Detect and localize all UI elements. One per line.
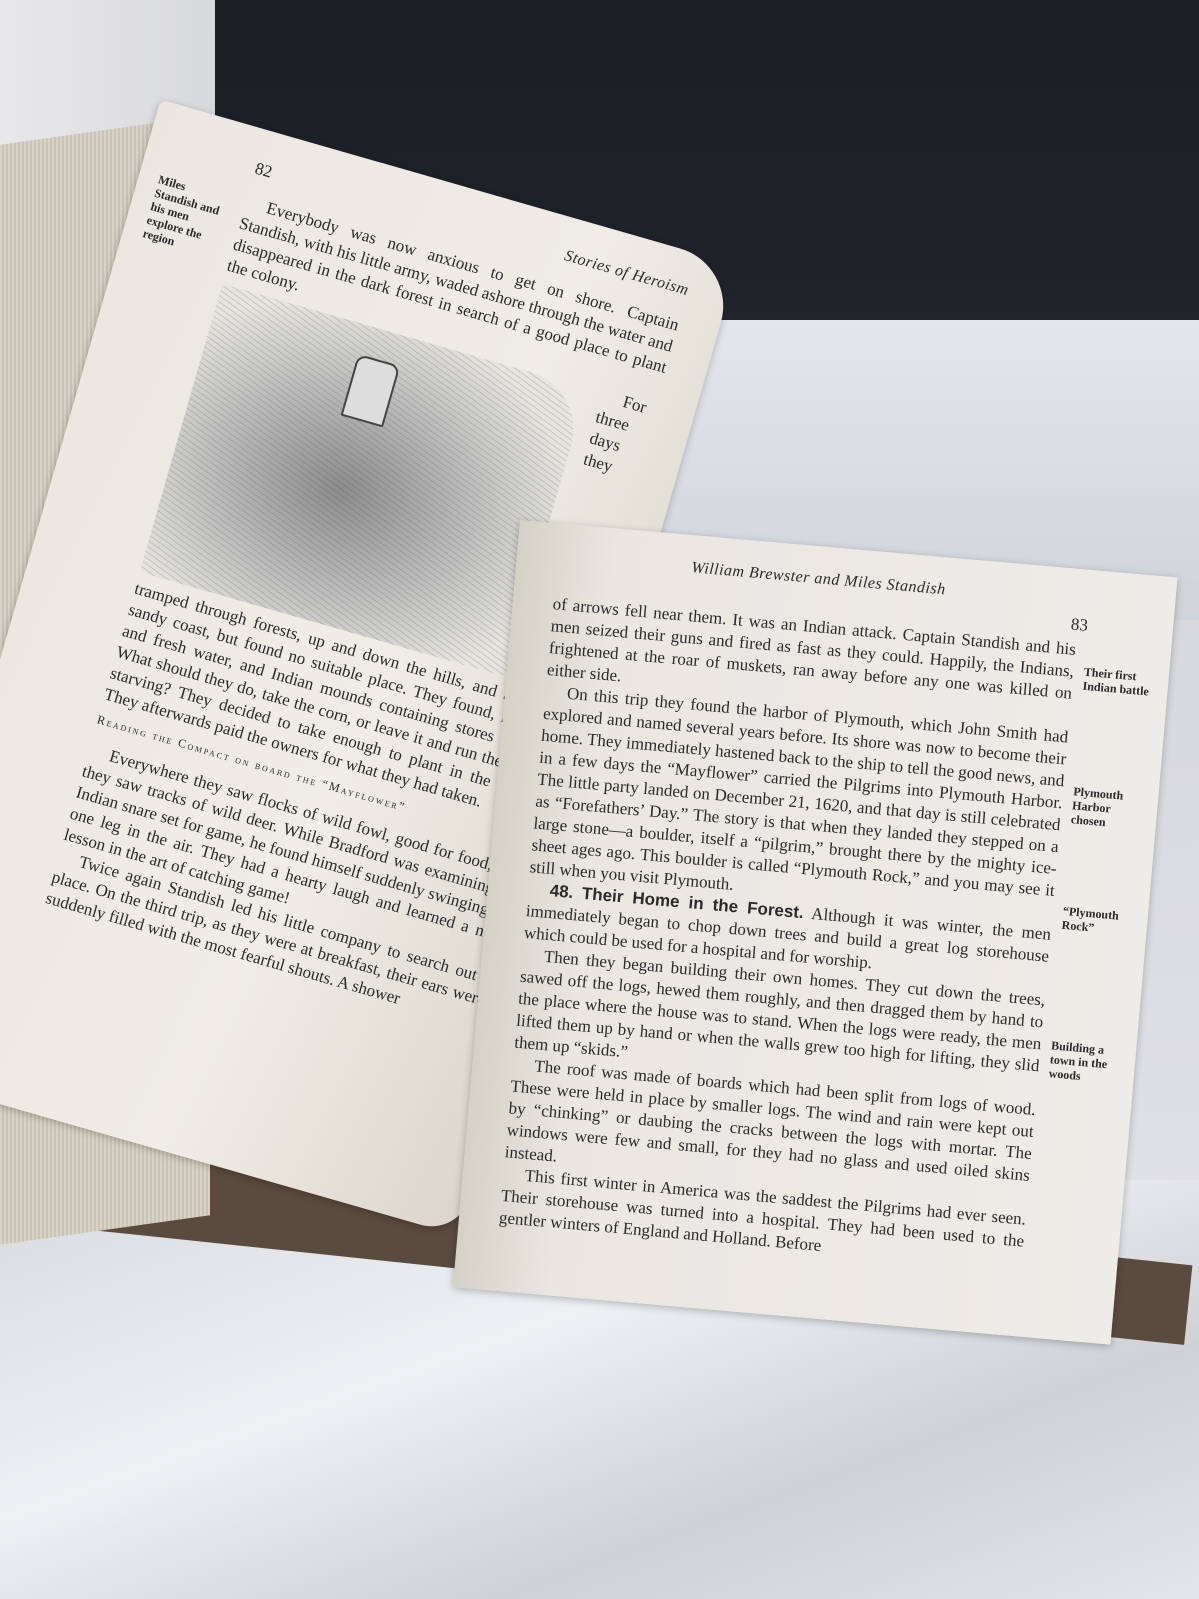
page-number: 82 bbox=[253, 159, 275, 183]
margin-note: Miles Standish and his men explore the r… bbox=[141, 172, 228, 259]
right-page: William Brewster and Miles Standish 83 T… bbox=[453, 520, 1178, 1345]
section-number: 48. bbox=[549, 881, 574, 902]
right-page-text: of arrows fell near them. It was an Indi… bbox=[498, 593, 1077, 1274]
margin-note: Plymouth Harbor chosen bbox=[1070, 784, 1143, 832]
margin-note: Their first Indian battle bbox=[1082, 665, 1154, 699]
lantern-icon bbox=[341, 354, 401, 428]
margin-note: “Plymouth Rock” bbox=[1061, 904, 1133, 938]
margin-note: Building a town in the woods bbox=[1048, 1038, 1121, 1086]
page-number: 83 bbox=[1070, 614, 1089, 634]
